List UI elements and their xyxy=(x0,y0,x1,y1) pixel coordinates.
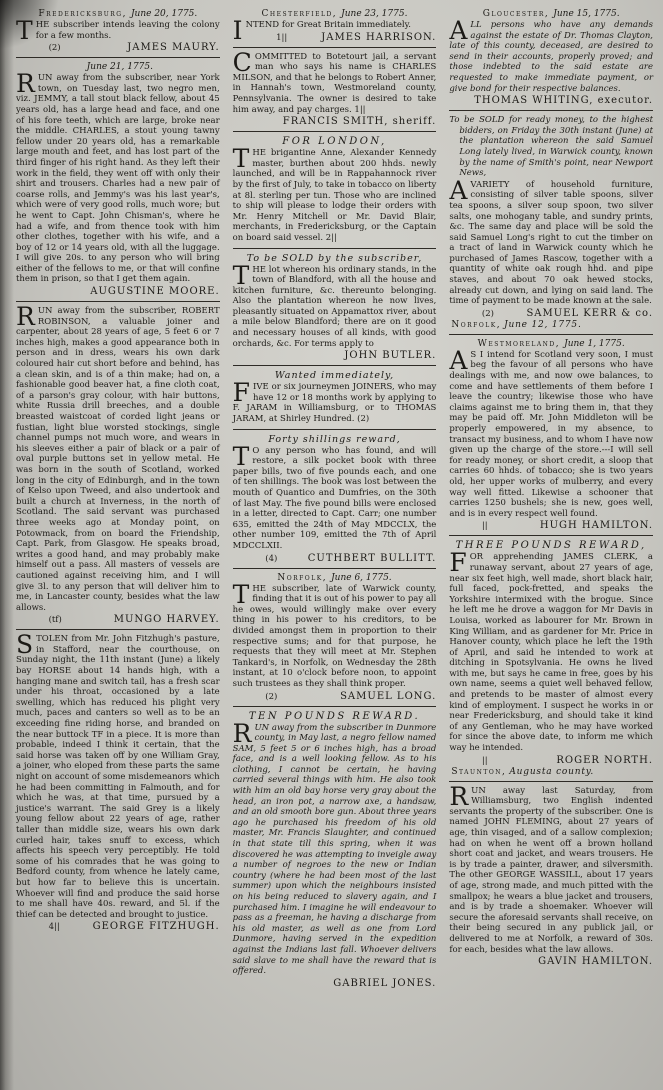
ad-body-text: HE subscriber intends leaving the colony… xyxy=(36,20,220,41)
ad-divider xyxy=(233,365,437,366)
ad-body: AS I intend for Scotland very soon, I mu… xyxy=(449,350,653,520)
drop-cap-letter: A xyxy=(449,350,470,371)
dateline-date: June 20, 1775. xyxy=(131,9,197,19)
dateline-place: Westmoreland, xyxy=(478,339,560,349)
signature-name: GEORGE FITZHUGH. xyxy=(93,921,220,932)
dateline-date: June 21, 1775. xyxy=(87,62,153,72)
dateline-date: June 15, 1775. xyxy=(553,9,619,19)
signature-mark: 1|| xyxy=(276,33,287,43)
ad-heading: To be SOLD by the subscriber, xyxy=(233,253,437,264)
ad-body-text: TOLEN from Mr. John Fitzhugh's pasture, … xyxy=(16,634,220,919)
drop-cap-letter: F xyxy=(233,382,253,403)
ad-body-text: IVE or six journeymen JOINERS, who may h… xyxy=(233,382,437,424)
ad-body: THE subscriber intends leaving the colon… xyxy=(16,20,220,41)
drop-cap-letter: R xyxy=(16,306,38,327)
ad-divider xyxy=(233,47,437,48)
ad-divider xyxy=(449,535,653,536)
drop-cap-letter: S xyxy=(16,634,36,655)
dateline-date: June 23, 1775. xyxy=(341,9,407,19)
column-2: Chesterfield,June 23, 1775.INTEND for Gr… xyxy=(233,8,437,1084)
ad-signature: JOHN BUTLER. xyxy=(233,350,437,361)
drop-cap-letter: T xyxy=(233,584,253,605)
ad-heading: THREE POUNDS REWARD, xyxy=(449,540,653,551)
ad-body: RUN away last Saturday, from Williamsbur… xyxy=(449,786,653,956)
ad-divider xyxy=(16,629,220,630)
ad-signature: ||ROGER NORTH. xyxy=(449,755,653,766)
ad-divider xyxy=(449,334,653,335)
signature-name: GAVIN HAMILTON. xyxy=(538,956,653,967)
signature-name: SAMUEL LONG. xyxy=(340,691,436,702)
signature-name: AUGUSTINE MOORE. xyxy=(90,286,219,297)
ad: Forty shillings reward,TO any person who… xyxy=(233,434,437,564)
signature-mark: (4) xyxy=(265,554,277,564)
ad-divider xyxy=(16,57,220,58)
ad-body: RUN away from the subscriber, ROBERT ROB… xyxy=(16,306,220,613)
ad-body-text: UN away from the subscriber, ROBERT ROBI… xyxy=(16,306,220,613)
ad: Westmoreland,June 1, 1775.AS I intend fo… xyxy=(449,339,653,532)
ad-signature: (2)SAMUEL KERR & co. xyxy=(449,308,653,319)
signature-mark: || xyxy=(482,521,488,531)
ad-divider xyxy=(233,706,437,707)
ad: RUN away last Saturday, from Williamsbur… xyxy=(449,786,653,968)
ad-signature: 4||GEORGE FITZHUGH. xyxy=(16,921,220,932)
ad-body-text: O any person who has found, and will res… xyxy=(233,446,437,551)
dateline-date: June 1, 1775. xyxy=(564,339,625,349)
ad-signature: (tf)MUNGO HARVEY. xyxy=(16,614,220,625)
ad-body-text: VARIETY of household furniture, consisti… xyxy=(449,180,653,307)
ad-heading: TEN POUNDS REWARD. xyxy=(233,711,437,722)
ad-body: TO any person who has found, and will re… xyxy=(233,446,437,552)
ad-body-text: LL persons who have any demands against … xyxy=(449,20,653,94)
ad-body-text: NTEND for Great Britain immediately. xyxy=(246,20,411,30)
drop-cap-letter: R xyxy=(449,786,471,807)
signature-name: SAMUEL KERR & co. xyxy=(526,308,653,319)
signature-mark: 4|| xyxy=(49,922,60,932)
ad-signature: AUGUSTINE MOORE. xyxy=(16,286,220,297)
ad-heading: Forty shillings reward, xyxy=(233,434,437,445)
ad-divider xyxy=(16,301,220,302)
signature-name: GABRIEL JONES. xyxy=(333,978,436,989)
signature-mark: (2) xyxy=(482,309,494,319)
drop-cap-letter: A xyxy=(449,20,470,41)
ad-heading: Wanted immediately, xyxy=(233,370,437,381)
ad-signature: (4)CUTHBERT BULLITT. xyxy=(233,553,437,564)
trailing-place: Norfolk, xyxy=(451,320,501,330)
signature-name: JAMES MAURY. xyxy=(127,42,219,53)
ad: To be SOLD by the subscriber,THE lot whe… xyxy=(233,253,437,362)
ad-divider xyxy=(449,110,653,111)
dateline-place: Gloucester, xyxy=(483,9,550,19)
ad-signature: GABRIEL JONES. xyxy=(233,978,437,989)
signature-mark: (2) xyxy=(265,692,277,702)
page-edge-shadow xyxy=(0,0,14,1090)
ad-dateline: Westmoreland,June 1, 1775. xyxy=(449,339,653,349)
ad-signature: FRANCIS SMITH, sheriff. xyxy=(233,116,437,127)
ad-dateline: Fredericksburg,June 20, 1775. xyxy=(16,9,220,19)
ad-dateline: Norfolk,June 6, 1775. xyxy=(233,573,437,583)
ad-body: FIVE or six journeymen JOINERS, who may … xyxy=(233,382,437,424)
trailing-place: Staunton, xyxy=(451,767,506,777)
drop-cap-letter: F xyxy=(449,552,469,573)
ad-dateline: June 21, 1775. xyxy=(16,62,220,72)
signature-name: JOHN BUTLER. xyxy=(344,350,436,361)
ad-body: RUN away from the subscriber in Dunmore … xyxy=(233,723,437,977)
drop-cap-letter: R xyxy=(233,723,255,744)
ad: FOR LONDON,THE brigantine Anne, Alexande… xyxy=(233,136,437,243)
ad-body-text: OMMITTED to Botetourt jail, a servant ma… xyxy=(233,52,437,115)
ad-body: THE subscriber, late of Warwick county, … xyxy=(233,584,437,690)
drop-cap-letter: T xyxy=(16,20,36,41)
signature-name: FRANCIS SMITH, sheriff. xyxy=(283,116,437,127)
ad-body: THE lot whereon his ordinary stands, in … xyxy=(233,265,437,350)
ad-heading: FOR LONDON, xyxy=(233,136,437,147)
ad: COMMITTED to Botetourt jail, a servant m… xyxy=(233,52,437,128)
ad-dateline: Chesterfield,June 23, 1775. xyxy=(233,9,437,19)
drop-cap-letter: C xyxy=(233,52,255,73)
ad-divider xyxy=(233,131,437,132)
column-3: Gloucester,June 15, 1775.ALL persons who… xyxy=(449,8,653,1084)
ad-preamble: To be SOLD for ready money, to the highe… xyxy=(449,115,653,179)
ad-body-text: OR apprehending JAMES CLERK, a runaway s… xyxy=(449,552,653,753)
ad-body: FOR apprehending JAMES CLERK, a runaway … xyxy=(449,552,653,753)
dateline-place: Norfolk, xyxy=(277,573,327,583)
signature-name: JAMES HARRISON. xyxy=(321,32,436,43)
signature-name: MUNGO HARVEY. xyxy=(114,614,220,625)
ad-body-text: HE brigantine Anne, Alexander Kennedy ma… xyxy=(233,148,437,243)
ad-body: ALL persons who have any demands against… xyxy=(449,20,653,94)
ad: TEN POUNDS REWARD.RUN away from the subs… xyxy=(233,711,437,989)
ad-divider xyxy=(233,248,437,249)
dateline-date: June 6, 1775. xyxy=(331,573,392,583)
ad-body: STOLEN from Mr. John Fitzhugh's pasture,… xyxy=(16,634,220,920)
dateline-place: Fredericksburg, xyxy=(38,9,127,19)
ad-signature: THOMAS WHITING, executor. xyxy=(449,95,653,106)
ad-body-text: S I intend for Scotland very soon, I mus… xyxy=(449,350,653,519)
trailing-date: Augusta county. xyxy=(509,767,594,777)
ad: THREE POUNDS REWARD,FOR apprehending JAM… xyxy=(449,540,653,776)
drop-cap-letter: A xyxy=(449,180,470,201)
drop-cap-letter: T xyxy=(233,265,253,286)
ad-body-text: HE subscriber, late of Warwick county, f… xyxy=(233,584,437,689)
ad-signature: ||HUGH HAMILTON. xyxy=(449,520,653,531)
ad-divider xyxy=(233,568,437,569)
ad: Chesterfield,June 23, 1775.INTEND for Gr… xyxy=(233,9,437,43)
ad: STOLEN from Mr. John Fitzhugh's pasture,… xyxy=(16,634,220,932)
trailing-date: June 12, 1775. xyxy=(504,320,582,330)
signature-name: CUTHBERT BULLITT. xyxy=(308,553,437,564)
ad-dateline: Gloucester,June 15, 1775. xyxy=(449,9,653,19)
signature-mark: (tf) xyxy=(49,615,62,625)
ad-body: RUN away from the subscriber, near York … xyxy=(16,73,220,285)
ad: Norfolk,June 6, 1775.THE subscriber, lat… xyxy=(233,573,437,702)
signature-mark: || xyxy=(482,756,488,766)
ad-signature: (2)JAMES MAURY. xyxy=(16,42,220,53)
signature-name: THOMAS WHITING, executor. xyxy=(474,95,653,106)
column-1: Fredericksburg,June 20, 1775.THE subscri… xyxy=(16,8,220,1084)
ad: Gloucester,June 15, 1775.ALL persons who… xyxy=(449,9,653,106)
ad-body: THE brigantine Anne, Alexander Kennedy m… xyxy=(233,148,437,243)
signature-mark: (2) xyxy=(49,43,61,53)
signature-name: ROGER NORTH. xyxy=(556,755,653,766)
ad-divider xyxy=(233,429,437,430)
ad-divider xyxy=(449,781,653,782)
signature-name: HUGH HAMILTON. xyxy=(540,520,653,531)
ad-trailing: Norfolk,June 12, 1775. xyxy=(451,320,653,330)
ad: To be SOLD for ready money, to the highe… xyxy=(449,115,653,330)
dateline-place: Chesterfield, xyxy=(262,9,338,19)
ad: June 21, 1775.RUN away from the subscrib… xyxy=(16,62,220,297)
drop-cap-letter: I xyxy=(233,20,246,41)
ad-body-text: UN away last Saturday, from Williamsburg… xyxy=(449,786,653,955)
ad-signature: GAVIN HAMILTON. xyxy=(449,956,653,967)
drop-cap-letter: T xyxy=(233,148,253,169)
ad: RUN away from the subscriber, ROBERT ROB… xyxy=(16,306,220,625)
drop-cap-letter: T xyxy=(233,446,253,467)
ad-body: INTEND for Great Britain immediately. xyxy=(233,20,437,31)
columns-container: Fredericksburg,June 20, 1775.THE subscri… xyxy=(16,8,653,1084)
ad-signature: 1||JAMES HARRISON. xyxy=(246,32,437,43)
ad-body-text: UN away from the subscriber in Dunmore c… xyxy=(233,723,437,977)
ad-signature: (2)SAMUEL LONG. xyxy=(233,691,437,702)
ad: Wanted immediately,FIVE or six journeyme… xyxy=(233,370,437,424)
ad-trailing: Staunton,Augusta county. xyxy=(451,767,653,777)
ad-body: COMMITTED to Botetourt jail, a servant m… xyxy=(233,52,437,116)
ad-body: AVARIETY of household furniture, consist… xyxy=(449,180,653,307)
ad-body-text: UN away from the subscriber, near York t… xyxy=(16,73,220,284)
ad-body-text: HE lot whereon his ordinary stands, in t… xyxy=(233,265,437,349)
newspaper-page: Fredericksburg,June 20, 1775.THE subscri… xyxy=(0,0,663,1090)
ad: Fredericksburg,June 20, 1775.THE subscri… xyxy=(16,9,220,53)
drop-cap-letter: R xyxy=(16,73,38,94)
